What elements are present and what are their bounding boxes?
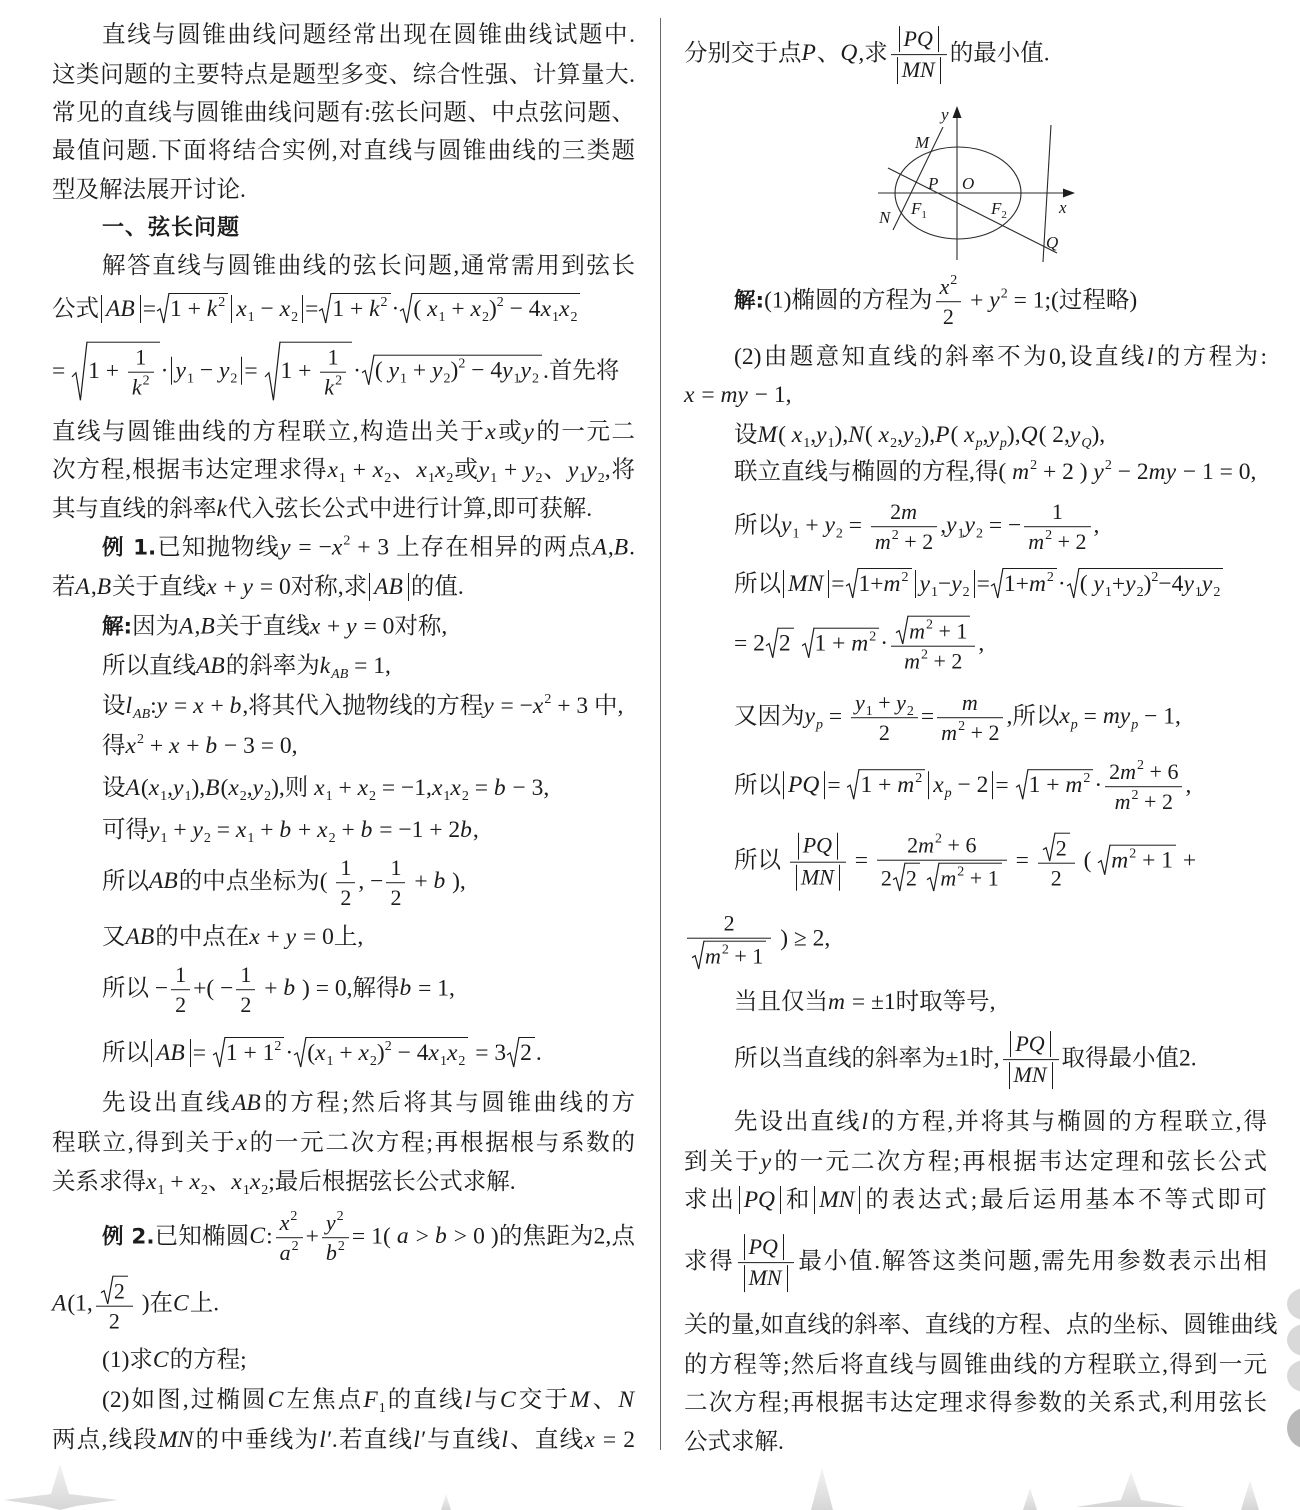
text-run: ), <box>1007 422 1021 448</box>
text-run: − 1, <box>749 382 792 408</box>
text-run: + <box>321 614 346 640</box>
math-variable: x <box>250 1169 261 1195</box>
radical-sign-icon <box>319 293 331 323</box>
text-run: 这类问题的主要特点是题型多变、综合性强、计算量大. <box>52 62 635 88</box>
subscript: AB <box>133 707 150 722</box>
math-variable: y <box>805 703 816 729</box>
example2-problem-line: A(1,22 )在C上. <box>52 1276 635 1335</box>
example2-solution-line: x = my − 1, <box>684 379 1267 411</box>
subscript: 1 <box>248 310 255 325</box>
subscript: 2 <box>1137 585 1144 600</box>
math-variable: y <box>173 775 184 801</box>
numerator: 1 <box>236 962 255 990</box>
math-variable: y <box>920 571 931 597</box>
radical-sign-icon <box>692 941 704 969</box>
superscript: 2 <box>1083 771 1090 786</box>
example2-solution-line: 所以当直线的斜率为±1时,PQMN取得最小值2. <box>684 1031 1267 1089</box>
text-run: = <box>977 571 990 597</box>
text-run: 所以 <box>734 571 781 597</box>
math-variable: b <box>205 733 218 759</box>
math-variable: C <box>500 1387 517 1413</box>
math-variable: MN <box>1014 1063 1048 1088</box>
text-run: 关系求得 <box>52 1169 146 1195</box>
example1-summary-line: 程联立,得到关于x的一元二次方程;再根据根与系数的 <box>52 1127 635 1159</box>
absolute-value: PQ <box>783 771 825 799</box>
fraction: 1k2 <box>320 345 346 401</box>
section-heading: 一、弦长问题 <box>52 212 635 245</box>
text-run: 1 <box>328 345 339 370</box>
fraction: 12 <box>171 962 190 1018</box>
math-variable: y <box>568 457 579 483</box>
subscript: p <box>1000 436 1007 451</box>
text-run: − 4 <box>504 296 541 322</box>
text-run: = <box>695 382 720 408</box>
superscript: 2 <box>1132 789 1139 804</box>
math-variable: N <box>618 1387 635 1413</box>
example1-solution-line: 可得y1 + y2 = x1 + b + x2 + b = −1 + 2b, <box>52 814 635 846</box>
superscript: 2 <box>335 374 342 389</box>
subscript: Q <box>1081 436 1091 451</box>
math-variable: x <box>541 296 552 322</box>
example2-problem-line: (1)求C的方程; <box>52 1344 635 1376</box>
text-run: = ±1时取等号, <box>846 989 996 1015</box>
text-run: ( <box>413 296 427 322</box>
math-variable: B <box>200 614 215 640</box>
superscript: 2 <box>892 529 899 544</box>
text-run: − 3 = 0, <box>218 733 297 759</box>
page-edge-tab <box>1287 1408 1300 1448</box>
subscript: 2 <box>536 471 543 486</box>
text-run: = <box>143 296 156 322</box>
text-run: − <box>194 358 219 384</box>
math-variable: Q <box>840 40 858 66</box>
bold-label: 解: <box>102 615 132 640</box>
math-variable: x <box>427 296 438 322</box>
text-run: = <box>244 358 263 384</box>
example1-solution-line: 又AB的中点在x + y = 0上, <box>52 921 635 953</box>
text-run: 和 <box>783 1187 812 1213</box>
text-run: + <box>306 1223 319 1249</box>
subscript: 2 <box>204 831 211 846</box>
subscript: 1 <box>828 436 835 451</box>
radicand: 1+m2 <box>1003 568 1057 598</box>
math-variable: y <box>483 693 494 719</box>
text-run: + <box>408 868 433 894</box>
intro-paragraph-line: 直线与圆锥曲线问题经常出现在圆锥曲线试题中. <box>52 19 635 51</box>
text-run: .首先将 <box>543 358 619 384</box>
chord-method-line: 解答直线与圆锥曲线的弦长问题,通常需用到弦长 <box>52 250 635 282</box>
denominator: MN <box>738 1264 794 1292</box>
example2-problem-line: 例 2.已知椭圆C:x2a2+y2b2= 1( a > b > 0 )的焦距为2… <box>52 1210 635 1266</box>
math-variable: MN <box>749 1266 783 1291</box>
text-run: 1+ <box>859 571 884 597</box>
math-variable: PQ <box>803 833 833 858</box>
text-run: 所以直线 <box>102 653 196 679</box>
math-variable: A <box>126 775 141 801</box>
subscript: 1 <box>1195 585 1202 600</box>
text-run: = 1( <box>352 1223 397 1249</box>
denominator: 22 m2 + 1 <box>877 861 1007 891</box>
math-variable: x <box>236 1130 247 1156</box>
text-run: ( <box>375 358 389 384</box>
decorative-star-icon <box>1023 1488 1037 1510</box>
text-run: ), <box>835 422 849 448</box>
text-run: ) ≥ 2, <box>774 925 830 951</box>
chord-method-line: 直线与圆锥曲线的方程联立,构造出关于x或y的一元二 <box>52 416 635 448</box>
text-run: +( − <box>193 975 233 1001</box>
text-run: + <box>164 1169 189 1195</box>
chord-method-line: 其与直线的斜率k代入弦长公式中进行计算,即可获解. <box>52 493 635 525</box>
radical-sign-icon <box>101 1276 113 1304</box>
absolute-value: AB <box>369 573 409 601</box>
superscript: 2 <box>381 295 388 310</box>
square-root: 1 + k2 <box>157 293 228 323</box>
text-run: + 6 <box>942 833 976 858</box>
math-variable: y <box>781 512 792 538</box>
text-run: , − <box>358 868 383 894</box>
text-run: = <box>305 296 318 322</box>
math-variable: x <box>189 1169 200 1195</box>
example2-summary-line: 的方程等;然后将直线与圆锥曲线的方程联立,得到一元 <box>684 1349 1267 1381</box>
denominator: 2 <box>96 1307 133 1334</box>
square-root: ( y1 + y2)2 − 4y1y2 <box>362 355 542 385</box>
text-run: ), <box>446 868 466 894</box>
superscript: 2 <box>722 943 729 958</box>
math-variable: y <box>253 775 264 801</box>
denominator: m2 + 2 <box>1024 528 1090 555</box>
text-run: 联立直线与椭圆的方程,得( <box>734 459 1012 485</box>
subscript: 2 <box>230 372 237 387</box>
text-run: + <box>1177 847 1196 873</box>
text-run: = 1;(过程略) <box>1008 287 1137 313</box>
math-variable: m <box>918 833 935 858</box>
math-variable: y <box>816 422 827 448</box>
math-variable: b <box>435 1223 448 1249</box>
radicand: 1 + k2 <box>169 293 228 323</box>
text-run: , <box>473 817 479 843</box>
math-variable: MN <box>801 865 835 890</box>
math-variable: A <box>593 535 608 561</box>
math-variable: y <box>824 512 835 538</box>
text-run: 公式 <box>52 296 99 322</box>
example2-summary-line: 求得PQMN最小值.解答这类问题,需先用参数表示出相 <box>684 1234 1267 1292</box>
text-run: 1 <box>175 962 186 987</box>
math-variable: y <box>946 512 957 538</box>
math-variable: y <box>586 457 597 483</box>
text-run: + <box>333 775 358 801</box>
math-variable: MN <box>819 1187 855 1213</box>
text-run: · <box>392 296 400 322</box>
text-run: 的直线 <box>386 1387 465 1413</box>
text-run: + <box>218 574 243 600</box>
subscript: 2 <box>570 310 577 325</box>
math-variable: C <box>249 1223 266 1249</box>
math-variable: x <box>280 1210 291 1235</box>
example2-solution-line: 设M( x1,y1),N( x2,y2),P( xp,yp),Q( 2,yQ), <box>684 419 1267 451</box>
fraction: m2 + 1m2 + 2 <box>891 616 975 675</box>
numerator: PQ <box>738 1234 794 1263</box>
math-variable: x <box>231 1169 242 1195</box>
square-root: 1 + m2 <box>1016 769 1094 799</box>
example2-problem-line: 分别交于点P、Q,求PQMN的最小值. <box>684 26 1267 84</box>
math-variable: PQ <box>749 1234 779 1259</box>
absolute-value: xp − 2 <box>928 771 993 799</box>
text-run: 的一元二 <box>535 419 635 445</box>
text-run: − 1 = 0, <box>1177 459 1256 485</box>
subscript: 2 <box>907 704 914 719</box>
text-run: = <box>211 817 236 843</box>
math-variable: x <box>206 574 217 600</box>
text-run: 2 <box>1109 759 1120 784</box>
radicand: 2 <box>519 1037 535 1067</box>
radical-sign-icon <box>802 627 814 657</box>
absolute-value: PQ <box>899 26 939 52</box>
math-variable: y <box>521 358 532 384</box>
text-run: (1)求 <box>102 1347 153 1373</box>
text-run: 1 <box>1052 499 1063 524</box>
square-root: m2 + 1 <box>927 863 1001 891</box>
text-run: 与 <box>472 1387 500 1413</box>
math-variable: AB <box>232 1090 262 1116</box>
text-run: + 1 <box>964 866 998 891</box>
math-variable: y <box>903 422 914 448</box>
math-variable: PQ <box>904 26 934 51</box>
text-run: 型及解法展开讨论. <box>52 177 246 203</box>
example1-summary-line: 关系求得x1 + x2、x1x2;最后根据弦长公式求解. <box>52 1166 635 1198</box>
text-run: ), <box>1091 422 1105 448</box>
denominator: m2 + 2 <box>891 647 975 674</box>
denominator: m2 + 2 <box>1105 788 1182 815</box>
point-m-label: M <box>914 133 930 152</box>
text-run: 1 + <box>281 358 318 384</box>
example2-solution-line: (2)由题意知直线的斜率不为0,设直线l的方程为: <box>684 341 1267 373</box>
text-run: = −1, <box>376 775 432 801</box>
text-run: > <box>410 1223 435 1249</box>
text-run: 最小值.解答这类问题,需先用参数表示出相 <box>797 1248 1267 1274</box>
text-run: · <box>161 358 169 384</box>
radical-sign-icon <box>1067 568 1079 598</box>
math-variable: y <box>326 1210 337 1235</box>
math-variable: x <box>332 535 343 561</box>
text-run: 已知椭圆 <box>154 1223 249 1249</box>
chord-length-formula-line: = 1 + 1k2·y1 − y2= 1 + 1k2·( y1 + y2)2 −… <box>52 342 635 401</box>
text-run: + 2 <box>928 649 962 674</box>
superscript: 2 <box>902 570 909 585</box>
text-run: 1 <box>390 855 401 880</box>
superscript: 2 <box>292 1240 299 1255</box>
text-run: 若 <box>52 574 76 600</box>
denominator: 2 <box>171 991 190 1018</box>
text-run: · <box>285 1040 293 1066</box>
text-run: 所以 <box>102 1040 149 1066</box>
text-run: = <box>831 571 844 597</box>
text-run: 的方程等;然后将直线与圆锥曲线的方程联立,得到一元 <box>684 1352 1267 1378</box>
radical-sign-icon <box>1043 833 1055 861</box>
radicand: 1 + 1k2 <box>280 342 353 401</box>
text-run: + 1 <box>729 944 763 969</box>
math-variable: b <box>494 775 507 801</box>
radicand: ( x1 + x2)2 − 4x1x2 <box>412 293 580 323</box>
numerator: x2 <box>936 274 962 302</box>
text-run: − <box>938 571 951 597</box>
fraction: 2m2 + 622 m2 + 1 <box>877 833 1007 892</box>
math-variable: M <box>570 1387 591 1413</box>
text-run: + 2 <box>965 721 999 746</box>
column-divider <box>660 18 661 1450</box>
text-run: + <box>407 358 432 384</box>
text-run: = <box>193 1040 212 1066</box>
text-run: ( <box>307 1040 315 1066</box>
math-variable: m <box>1028 530 1045 555</box>
radical-sign-icon <box>362 355 374 385</box>
denominator: 2 <box>336 884 355 911</box>
text-run: = − <box>495 693 533 719</box>
text-run: + <box>497 457 524 483</box>
text-run: 的一元二次方程;再根据根与系数的 <box>248 1130 635 1156</box>
math-variable: y <box>389 358 400 384</box>
example2-solution-line: 当且仅当m = ±1时取等号, <box>684 986 1267 1018</box>
text-run: = 0对称,求 <box>254 574 367 600</box>
example1-summary-line: 先设出直线AB的方程;然后将其与圆锥曲线的方 <box>52 1087 635 1119</box>
absolute-value: AB <box>101 295 141 323</box>
radical-sign-icon <box>72 342 87 401</box>
text-run: ,将其代入抛物线的方程 <box>242 693 483 719</box>
math-variable: y <box>149 817 160 843</box>
fraction: y2b2 <box>322 1210 349 1266</box>
text-run: 的方程,并将其与椭圆的方程联立,得 <box>869 1109 1267 1135</box>
radicand: 1 + 1k2 <box>87 342 160 401</box>
math-variable: x <box>315 1040 326 1066</box>
fraction: 22 <box>1038 833 1075 892</box>
intro-paragraph-line: 常见的直线与圆锥曲线问题有:弦长问题、中点弦问题、 <box>52 97 635 129</box>
text-run: + 2 ) <box>1037 459 1093 485</box>
text-run: = − <box>983 512 1021 538</box>
math-variable: k <box>217 496 228 522</box>
focus-f2-label: F2 <box>990 199 1007 221</box>
subscript: 2 <box>201 1183 208 1198</box>
text-run: ;最后根据弦长公式求解. <box>268 1169 515 1195</box>
text-run: · <box>353 358 361 384</box>
denominator: MN <box>790 863 846 891</box>
radicand: m2 + 1 <box>704 941 766 969</box>
square-root: 1 + 12 <box>213 1037 285 1067</box>
text-run: 直线与圆锥曲线的方程联立,构造出关于 <box>52 419 485 445</box>
denominator: MN <box>1003 1061 1059 1089</box>
subscript: 2 <box>890 436 897 451</box>
superscript: 2 <box>958 720 965 735</box>
superscript: 2 <box>1137 758 1144 773</box>
math-variable: A <box>179 614 194 640</box>
square-root: m2 + 1 <box>692 941 766 969</box>
radicand: m2 + 1 <box>1110 844 1176 874</box>
math-variable: x <box>429 1040 440 1066</box>
radical-sign-icon <box>265 342 280 401</box>
text-run: 、 <box>817 40 841 66</box>
absolute-value: MN <box>897 58 941 84</box>
math-variable: m <box>909 619 926 644</box>
subscript: 1 <box>400 372 407 387</box>
superscript: 2 <box>926 618 933 633</box>
absolute-value: MN <box>1009 1063 1053 1089</box>
numerator: 2m <box>871 499 937 527</box>
math-variable: y <box>1093 571 1104 597</box>
superscript: 2 <box>915 771 922 786</box>
bold-label: 例 1. <box>102 536 156 561</box>
math-variable: x <box>280 296 291 322</box>
text-run: + <box>180 733 205 759</box>
text-run: ,将 <box>605 457 635 483</box>
math-variable: b <box>279 817 292 843</box>
subscript: 1 <box>187 372 194 387</box>
math-variable: y <box>989 287 1000 313</box>
text-run: 关于直线 <box>216 614 310 640</box>
subscript: 2 <box>532 372 539 387</box>
example1-solution-line: 得x2 + x + b − 3 = 0, <box>52 730 635 762</box>
subscript: 2 <box>976 526 983 541</box>
subscript: 2 <box>836 526 843 541</box>
fraction: PQMN <box>891 26 947 84</box>
text-run: + <box>258 975 283 1001</box>
text-run: = −1 + 2 <box>373 817 460 843</box>
text-run: 二次方程;再根据韦达定理求得参数的关系式,利用弦长 <box>684 1390 1267 1416</box>
numerator: PQ <box>790 833 846 862</box>
math-variable: l <box>126 693 134 719</box>
math-variable: B <box>205 775 220 801</box>
radical-sign-icon <box>927 863 939 891</box>
text-run: 的方程; <box>170 1347 247 1373</box>
math-variable: m <box>941 721 958 746</box>
text-run: 2 <box>906 866 917 891</box>
math-variable: AB <box>156 1040 186 1066</box>
superscript: 2 <box>1001 286 1008 301</box>
radicand: 2 <box>778 627 794 657</box>
subscript: 2 <box>240 789 247 804</box>
subscript: 2 <box>370 1054 377 1069</box>
text-run: 2 <box>724 911 735 936</box>
text-run: + <box>167 817 192 843</box>
text-run: − 4 <box>392 1040 429 1066</box>
text-run: 1 + <box>170 296 207 322</box>
text-run: 的表达式;最后运用基本不等式即可 <box>862 1187 1267 1213</box>
text-run: 因为 <box>132 614 179 640</box>
math-variable: x <box>964 422 975 448</box>
square-root: 1+m2 <box>991 568 1057 598</box>
math-variable: x <box>314 775 325 801</box>
superscript: 2 <box>337 1209 344 1224</box>
absolute-value: MN <box>814 1186 860 1214</box>
fraction: 2m2 + 1 <box>687 911 771 970</box>
denominator: m2 + 2 <box>937 719 1003 746</box>
text-run: 2 <box>114 1279 125 1304</box>
math-variable: m <box>705 944 722 969</box>
text-run: 2 <box>890 499 901 524</box>
square-root: 1 + m2 <box>802 627 880 657</box>
text-run: = <box>995 772 1014 798</box>
math-variable: C <box>173 1290 190 1316</box>
subscript: 1 <box>866 704 873 719</box>
math-variable: m <box>1029 571 1047 597</box>
example2-solution-line: 解:(1)椭圆的方程为x22 + y2 = 1;(过程略) <box>684 274 1267 330</box>
absolute-value: PQ <box>744 1234 784 1260</box>
example2-solution-line: 所以MN=1+m2y1−y2=1+m2·( y1+y2)2−4y1y2 <box>684 568 1267 600</box>
text-run: + 3 上存在相异的两点 <box>350 535 592 561</box>
text-run: 所以 <box>102 868 149 894</box>
math-variable: A <box>76 574 91 600</box>
text-run: ) <box>377 1040 385 1066</box>
radical-sign-icon <box>766 627 778 657</box>
text-run: 1 + <box>860 772 897 798</box>
radical-sign-icon <box>893 863 905 891</box>
